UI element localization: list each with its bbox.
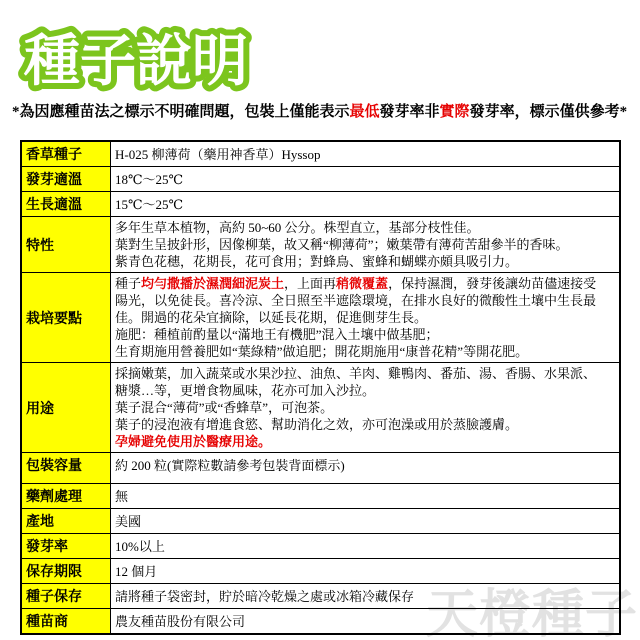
row-content-origin: 美國: [111, 509, 621, 534]
text: 18℃～25℃: [115, 172, 183, 187]
text: 15℃～25℃: [115, 197, 183, 212]
table-row-herb-seed: 香草種子H-025 柳薄荷（藥用神香草）Hyssop: [21, 141, 620, 167]
highlighted-text: 孕婦避免使用於醫療用途。: [115, 434, 271, 449]
seed-info-table: 香草種子H-025 柳薄荷（藥用神香草）Hyssop發芽適溫18℃～25℃生長適…: [20, 140, 621, 635]
table-row-growth-temp: 生長適溫15℃～25℃: [21, 192, 620, 217]
table-row-germination-rate: 發芽率10%以上: [21, 534, 620, 559]
text: 陽光，以免徒長。喜冷涼、全日照至半遮陰環境，在排水良好的微酸性土壤中生長最: [115, 293, 596, 308]
row-content-uses: 採摘嫩葉，加入蔬菜或水果沙拉、油魚、羊肉、雞鴨肉、番茄、湯、香腸、水果派、糖漿……: [111, 363, 621, 453]
page-title: 種子說明: [23, 31, 248, 93]
text: 種子: [115, 276, 141, 291]
text: 美國: [115, 514, 141, 529]
notice-text: 發芽率，標示僅供參考*: [470, 104, 628, 120]
content-line: 施肥：種植前酌量以“滿地王有機肥”混入土壤中做基肥；: [115, 326, 615, 343]
row-label-growth-temp: 生長適溫: [21, 192, 111, 217]
notice-highlight: 實際: [440, 104, 470, 120]
text: H-025 柳薄荷（藥用神香草）Hyssop: [115, 147, 320, 162]
table-row-package-quantity: 包裝容量約 200 粒(實際粒數請參考包裝背面標示): [21, 453, 620, 484]
content-line: 10%以上: [115, 538, 615, 555]
page-title-art: 種子說明: [18, 16, 288, 104]
table-row-origin: 產地美國: [21, 509, 620, 534]
table-row-germination-temp: 發芽適溫18℃～25℃: [21, 167, 620, 192]
row-label-seed-company: 種苗商: [21, 609, 111, 635]
content-line: 葉對生呈披針形，因像柳葉，故又稱“柳薄荷”；嫩葉帶有薄荷苦甜參半的香味。: [115, 236, 615, 253]
row-content-germination-rate: 10%以上: [111, 534, 621, 559]
row-content-chemical-treatment: 無: [111, 484, 621, 509]
table-row-seed-company: 種苗商農友種苗股份有限公司: [21, 609, 620, 635]
disclaimer-notice: *為因應種苗法之標示不明確問題，包裝上僅能表示最低發芽率非實際發芽率，標示僅供參…: [12, 103, 627, 122]
row-label-germination-rate: 發芽率: [21, 534, 111, 559]
row-label-germination-temp: 發芽適溫: [21, 167, 111, 192]
table-row-seed-storage: 種子保存請將種子袋密封，貯於暗冷乾燥之處或冰箱冷藏保存: [21, 584, 620, 609]
highlighted-text: 稍微覆蓋: [336, 276, 388, 291]
content-line: 糖漿…等，更增食物風味，花亦可加入沙拉。: [115, 382, 615, 399]
text: 葉子的浸泡液有增進食慾、幫助消化之效，亦可泡澡或用於蒸臉護膚。: [115, 417, 518, 432]
notice-text: *為因應種苗法之標示不明確問題，包裝上僅能表示: [12, 104, 350, 120]
row-content-seed-company: 農友種苗股份有限公司: [111, 609, 621, 635]
table-row-chemical-treatment: 藥劑處理無: [21, 484, 620, 509]
row-label-uses: 用途: [21, 363, 111, 453]
content-line: 美國: [115, 513, 615, 530]
row-label-seed-storage: 種子保存: [21, 584, 111, 609]
text: 佳。開過的花朵宜摘除，以延長花期，促進側芽生長。: [115, 310, 427, 325]
row-label-herb-seed: 香草種子: [21, 141, 111, 167]
content-line: 陽光，以免徒長。喜冷涼、全日照至半遮陰環境，在排水良好的微酸性土壤中生長最: [115, 292, 615, 309]
table-row-uses: 用途採摘嫩葉，加入蔬菜或水果沙拉、油魚、羊肉、雞鴨肉、番茄、湯、香腸、水果派、糖…: [21, 363, 620, 453]
text: 採摘嫩葉，加入蔬菜或水果沙拉、油魚、羊肉、雞鴨肉、番茄、湯、香腸、水果派、: [115, 366, 596, 381]
text: 多年生草本植物，高約 50~60 公分。株型直立，基部分枝性佳。: [115, 220, 480, 235]
text: 紫青色花穗，花期長，花可食用；對蜂鳥、蜜蜂和蝴蝶亦頗具吸引力。: [115, 254, 518, 269]
text: 12 個月: [115, 564, 157, 579]
table-row-characteristics: 特性多年生草本植物，高約 50~60 公分。株型直立，基部分枝性佳。葉對生呈披針…: [21, 217, 620, 273]
content-line: 18℃～25℃: [115, 171, 615, 188]
row-label-package-quantity: 包裝容量: [21, 453, 111, 484]
seed-info-sheet: 種子說明 *為因應種苗法之標示不明確問題，包裝上僅能表示最低發芽率非實際發芽率，…: [0, 0, 640, 640]
text: 施肥：種植前酌量以“滿地王有機肥”混入土壤中做基肥；: [115, 327, 439, 342]
content-line: 採摘嫩葉，加入蔬菜或水果沙拉、油魚、羊肉、雞鴨肉、番茄、湯、香腸、水果派、: [115, 365, 615, 382]
text: 葉對生呈披針形，因像柳葉，故又稱“柳薄荷”；嫩葉帶有薄荷苦甜參半的香味。: [115, 237, 569, 252]
content-line: 生育期施用營養肥如“葉綠精”做追肥；開花期施用“康普花精”等開花肥。: [115, 343, 615, 360]
content-line: 請將種子袋密封，貯於暗冷乾燥之處或冰箱冷藏保存: [115, 588, 615, 605]
content-line: 紫青色花穗，花期長，花可食用；對蜂鳥、蜜蜂和蝴蝶亦頗具吸引力。: [115, 253, 615, 270]
content-line: H-025 柳薄荷（藥用神香草）Hyssop: [115, 146, 615, 163]
table-row-shelf-life: 保存期限12 個月: [21, 559, 620, 584]
text: 約 200 粒(實際粒數請參考包裝背面標示): [115, 458, 345, 473]
notice-text: 發芽率非: [380, 104, 440, 120]
row-content-seed-storage: 請將種子袋密封，貯於暗冷乾燥之處或冰箱冷藏保存: [111, 584, 621, 609]
text: 10%以上: [115, 539, 165, 554]
text: ，上面再: [284, 276, 336, 291]
content-line: 約 200 粒(實際粒數請參考包裝背面標示): [115, 457, 615, 474]
row-content-herb-seed: H-025 柳薄荷（藥用神香草）Hyssop: [111, 141, 621, 167]
text: 請將種子袋密封，貯於暗冷乾燥之處或冰箱冷藏保存: [115, 589, 414, 604]
content-line: 佳。開過的花朵宜摘除，以延長花期，促進側芽生長。: [115, 309, 615, 326]
row-label-cultivation-points: 栽培要點: [21, 273, 111, 363]
row-label-characteristics: 特性: [21, 217, 111, 273]
row-content-package-quantity: 約 200 粒(實際粒數請參考包裝背面標示): [111, 453, 621, 484]
content-line: 葉子的浸泡液有增進食慾、幫助消化之效，亦可泡澡或用於蒸臉護膚。: [115, 416, 615, 433]
content-line: 葉子混合“薄荷”或“香蜂草”，可泡茶。: [115, 399, 615, 416]
content-line: 農友種苗股份有限公司: [115, 613, 615, 630]
text: 糖漿…等，更增食物風味，花亦可加入沙拉。: [115, 383, 375, 398]
row-label-chemical-treatment: 藥劑處理: [21, 484, 111, 509]
row-label-shelf-life: 保存期限: [21, 559, 111, 584]
text: 生育期施用營養肥如“葉綠精”做追肥；開花期施用“康普花精”等開花肥。: [115, 344, 528, 359]
content-line: 孕婦避免使用於醫療用途。: [115, 433, 615, 450]
content-line: 15℃～25℃: [115, 196, 615, 213]
content-line: 12 個月: [115, 563, 615, 580]
row-content-cultivation-points: 種子均勻撒播於濕潤細泥炭土，上面再稍微覆蓋，保持濕潤，發芽後讓幼苗儘速接受陽光，…: [111, 273, 621, 363]
text: ，保持濕潤，發芽後讓幼苗儘速接受: [388, 276, 596, 291]
content-line: 種子均勻撒播於濕潤細泥炭土，上面再稍微覆蓋，保持濕潤，發芽後讓幼苗儘速接受: [115, 275, 615, 292]
content-line: 多年生草本植物，高約 50~60 公分。株型直立，基部分枝性佳。: [115, 219, 615, 236]
text: 葉子混合“薄荷”或“香蜂草”，可泡茶。: [115, 400, 333, 415]
table-row-cultivation-points: 栽培要點種子均勻撒播於濕潤細泥炭土，上面再稍微覆蓋，保持濕潤，發芽後讓幼苗儘速接…: [21, 273, 620, 363]
text: 農友種苗股份有限公司: [115, 614, 245, 629]
content-line: 無: [115, 488, 615, 505]
row-label-origin: 產地: [21, 509, 111, 534]
row-content-characteristics: 多年生草本植物，高約 50~60 公分。株型直立，基部分枝性佳。葉對生呈披針形，…: [111, 217, 621, 273]
notice-highlight: 最低: [350, 104, 380, 120]
row-content-germination-temp: 18℃～25℃: [111, 167, 621, 192]
row-content-shelf-life: 12 個月: [111, 559, 621, 584]
highlighted-text: 均勻撒播於濕潤細泥炭土: [141, 276, 284, 291]
row-content-growth-temp: 15℃～25℃: [111, 192, 621, 217]
text: 無: [115, 489, 128, 504]
